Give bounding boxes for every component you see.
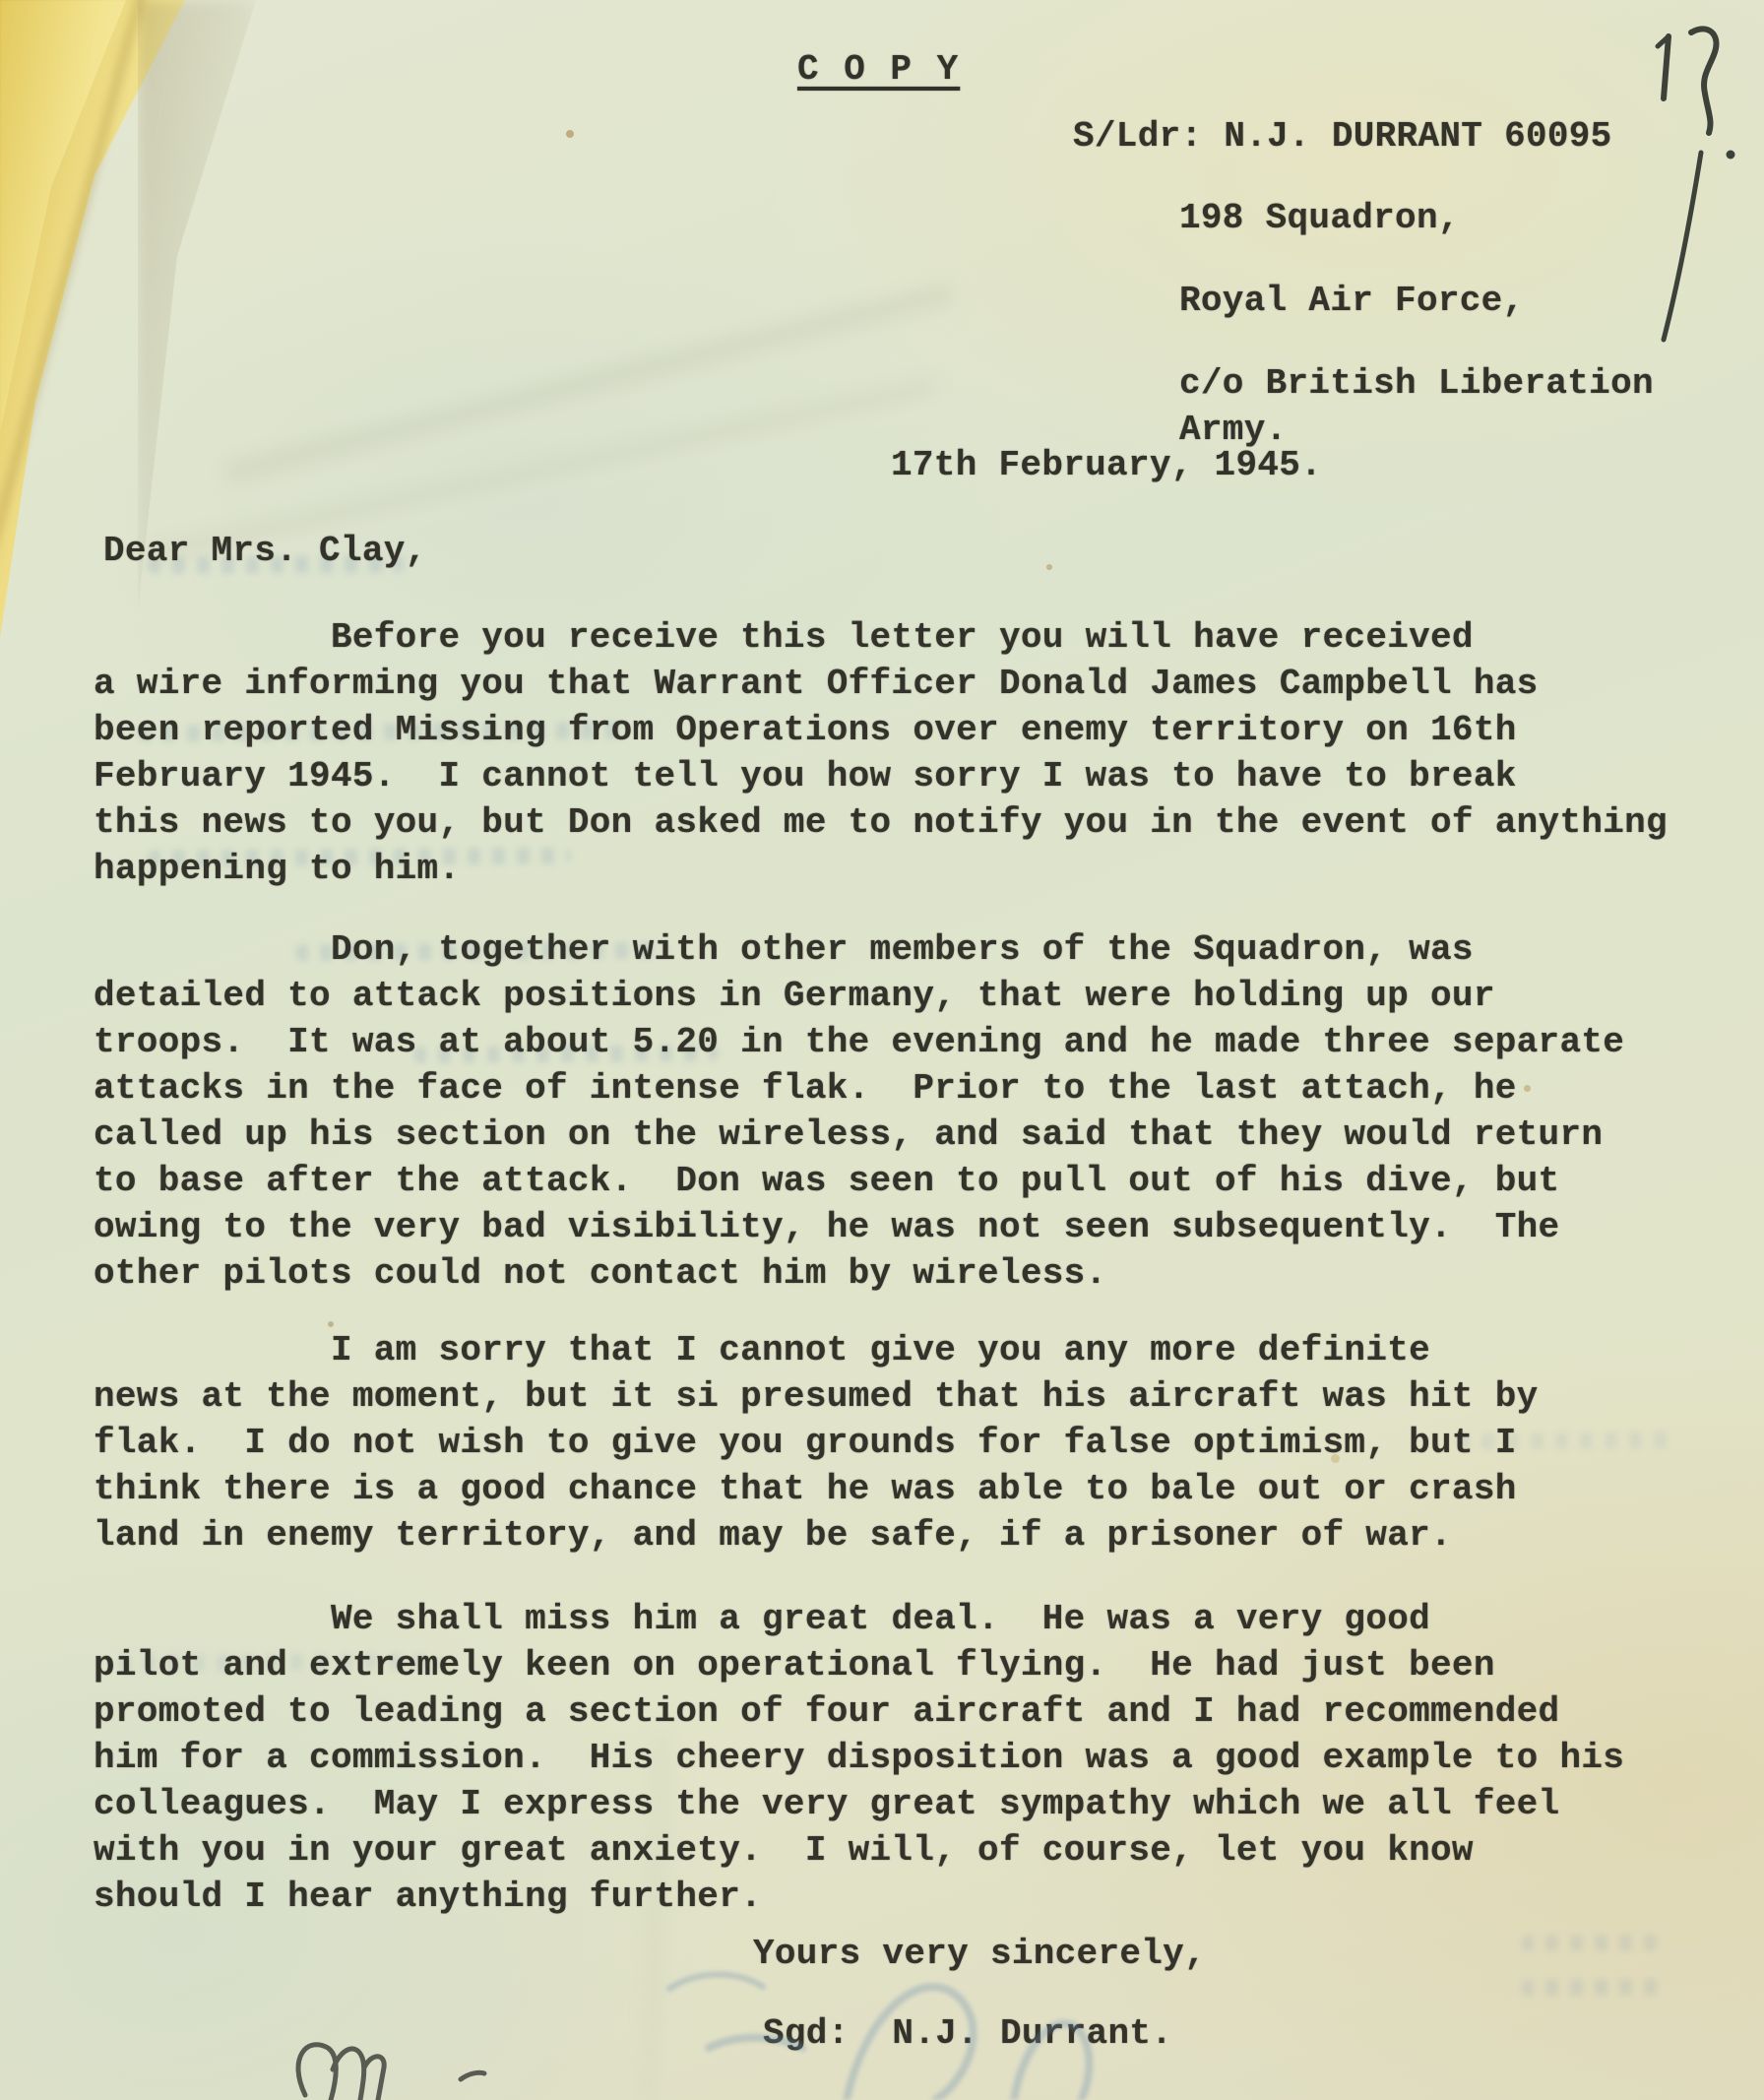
signature-line: Sgd: N.J. Durrant. — [763, 2010, 1172, 2057]
sender-officer-line: S/Ldr: N.J. DURRANT 60095 — [1073, 113, 1612, 159]
valediction: Yours very sincerely, — [753, 1931, 1206, 1977]
sender-careof-line: c/o British Liberation Army. — [1179, 360, 1764, 453]
date-line: 17th February, 1945. — [891, 442, 1322, 488]
sender-service-line: Royal Air Force, — [1179, 278, 1524, 324]
scanned-letter-document: { "palette": { "paper": "#e1e5ce", "ink"… — [0, 0, 1764, 2100]
paragraph-1: Before you receive this letter you will … — [94, 614, 1747, 892]
salutation: Dear Mrs. Clay, — [103, 528, 427, 574]
copy-heading: C O P Y — [797, 46, 960, 93]
paragraph-4: We shall miss him a great deal. He was a… — [94, 1596, 1747, 1920]
sender-unit-line: 198 Squadron, — [1179, 195, 1460, 241]
paragraph-2: Don, together with other members of the … — [94, 926, 1747, 1297]
paragraph-3: I am sorry that I cannot give you any mo… — [94, 1327, 1747, 1559]
